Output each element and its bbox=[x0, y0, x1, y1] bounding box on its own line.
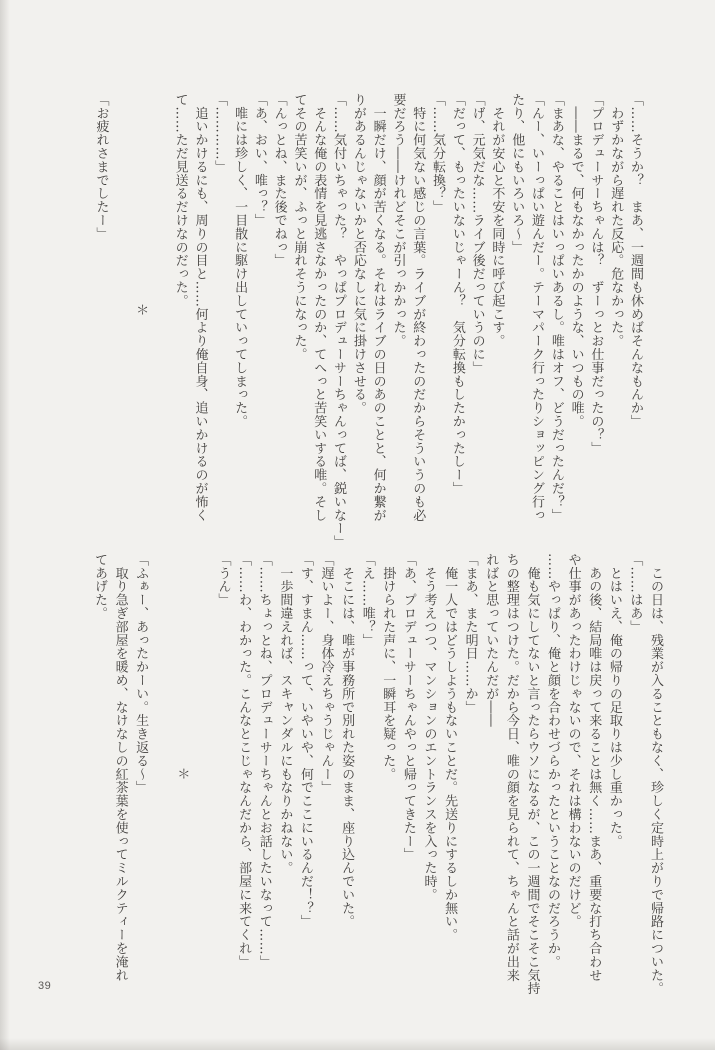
text-column: 「……そうか？ まあ、一週間も休めばそんなもんか」 bbox=[625, 93, 645, 526]
text-column: 「……気付いちゃった？ やっぱプロデューサーちゃんってば、鋭いなー」 bbox=[328, 93, 348, 526]
page-number: 39 bbox=[38, 980, 51, 992]
text-column: 「まあな、やることはいっぱいあるし。唯はオフ、どうだったんだ？」 bbox=[546, 93, 566, 526]
text-column: ――まるで、何もなかったかのような、いつもの唯。 bbox=[566, 93, 586, 526]
text-column: 「……はあ」 bbox=[624, 553, 645, 995]
text-column: 「…………」 bbox=[209, 93, 229, 526]
text-column: 「うん」 bbox=[212, 553, 233, 995]
text-column: 「……気分転換？」 bbox=[427, 93, 447, 526]
text-column: 「す、すまん……って、いやいや、何でここにいるんだ！？」 bbox=[294, 553, 315, 995]
blank-column bbox=[191, 553, 212, 995]
text-column: 「まあ、また明日……か」 bbox=[459, 553, 480, 995]
section-break-asterisk: ＊ bbox=[171, 553, 192, 995]
text-column: 「げ、元気だな……ライブ後だっていうのに」 bbox=[467, 93, 487, 526]
text-column: 「……わ、わかった。こんなとこじゃなんだから、部屋に来てくれ」 bbox=[233, 553, 254, 995]
text-column: そう考えつつ、マンションのエントランスを入った時。 bbox=[418, 553, 439, 995]
text-column: や仕事があったわけじゃないので、それは構わないのだけど。 bbox=[562, 553, 583, 995]
text-column: 「だって、もったいないじゃーん？ 気分転換もしたかったしー」 bbox=[447, 93, 467, 526]
blank-column bbox=[150, 93, 170, 526]
text-column: 「んー、いーっぱい遊んだー。テーマパーク行ったりショッピング行っ bbox=[526, 93, 546, 526]
text-column: 俺一人ではどうしようもないことだ。先送りにするしか無い。 bbox=[438, 553, 459, 995]
text-column: 追いかけるにも、周りの目と……何より俺自身、追いかけるのが怖く bbox=[190, 93, 210, 526]
blank-column bbox=[150, 553, 171, 995]
text-block-bottom: この日は、残業が入ることもなく、珍しく定時上がりで帰路についた。 「……はあ」 … bbox=[88, 553, 665, 995]
text-column: 「プロデューサーちゃんは？ ずーっとお仕事だったの？」 bbox=[586, 93, 606, 526]
text-column: そこには、唯が事務所で別れた姿のまま、座り込んでいた。 bbox=[336, 553, 357, 995]
text-column: ちの整理はつけた。だから今日、唯の顔を見られて、ちゃんと話が出来 bbox=[500, 553, 521, 995]
text-column: 「あ、おい、唯っ？」 bbox=[249, 93, 269, 526]
text-column: 「ふぁー、あったかーい。生き返る～」 bbox=[130, 553, 151, 995]
text-column: たり、他にもいろいろ～」 bbox=[506, 93, 526, 526]
text-column: 「んっとね、また後でねっ」 bbox=[269, 93, 289, 526]
text-column: 要だろう――けれどそこが引っかかった。 bbox=[388, 93, 408, 526]
text-column: ればと思っていたんだが―― bbox=[480, 553, 501, 995]
text-column: 俺も気にしてないと言ったらウソになるが、この一週間でそこそこ気持 bbox=[521, 553, 542, 995]
text-column: そんな俺の表情を見逃さなかったのか、てへっと苦笑いする唯。そし bbox=[308, 93, 328, 526]
text-column: 「……ちょっとね、プロデューサーちゃんとお話したいなって……」 bbox=[253, 553, 274, 995]
text-column: この日は、残業が入ることもなく、珍しく定時上がりで帰路についた。 bbox=[644, 553, 665, 995]
text-column: 唯には珍しく、一目散に駆け出していってしまった。 bbox=[229, 93, 249, 526]
scanned-novel-page: 「……そうか？ まあ、一週間も休めばそんなもんか」 わずかながら遅れた反応。危な… bbox=[0, 0, 715, 1050]
text-column: 「遅いよー、身体冷えちゃうじゃんー」 bbox=[315, 553, 336, 995]
blank-column bbox=[110, 93, 130, 526]
text-column: 取り急ぎ部屋を暖め、なけなしの紅茶葉を使ってミルクティーを淹れ bbox=[109, 553, 130, 995]
text-column: てあげた。 bbox=[88, 553, 109, 995]
text-column: 一瞬だけ、顔が苦くなる。それはライブの日のあのことと、何か繋が bbox=[368, 93, 388, 526]
text-column: 「え……唯？」 bbox=[356, 553, 377, 995]
text-column: 「あ、プロデューサーちゃんやっと帰ってきたー」 bbox=[397, 553, 418, 995]
section-break-asterisk: ＊ bbox=[130, 93, 150, 526]
text-column: て……ただ見送るだけなのだった。 bbox=[170, 93, 190, 526]
text-column: とはいえ、俺の帰りの足取りは少し重かった。 bbox=[603, 553, 624, 995]
text-column: 一歩間違えれば、スキャンダルにもなりかねない。 bbox=[274, 553, 295, 995]
text-column: 特に何気ない感じの言葉。ライブが終わったのだからそういうのも必 bbox=[407, 93, 427, 526]
text-column: ……やっぱり、俺と顔を合わせづらかったということなのだろうか。 bbox=[541, 553, 562, 995]
text-column: それが安心と不安を同時に呼び起こす。 bbox=[487, 93, 507, 526]
text-column: てその苦笑いが、ふっと崩れそうになった。 bbox=[289, 93, 309, 526]
text-column: 掛けられた声に、一瞬耳を疑った。 bbox=[377, 553, 398, 995]
text-column: わずかながら遅れた反応。危なかった。 bbox=[605, 93, 625, 526]
text-block-top: 「……そうか？ まあ、一週間も休めばそんなもんか」 わずかながら遅れた反応。危な… bbox=[91, 93, 645, 526]
text-column: 「お疲れさまでしたー」 bbox=[91, 93, 111, 526]
text-column: りがあるんじゃないかと否応なしに気に掛けさせる。 bbox=[348, 93, 368, 526]
text-column: あの後、結局唯は戻って来ることは無く……まあ、重要な打ち合わせ bbox=[583, 553, 604, 995]
